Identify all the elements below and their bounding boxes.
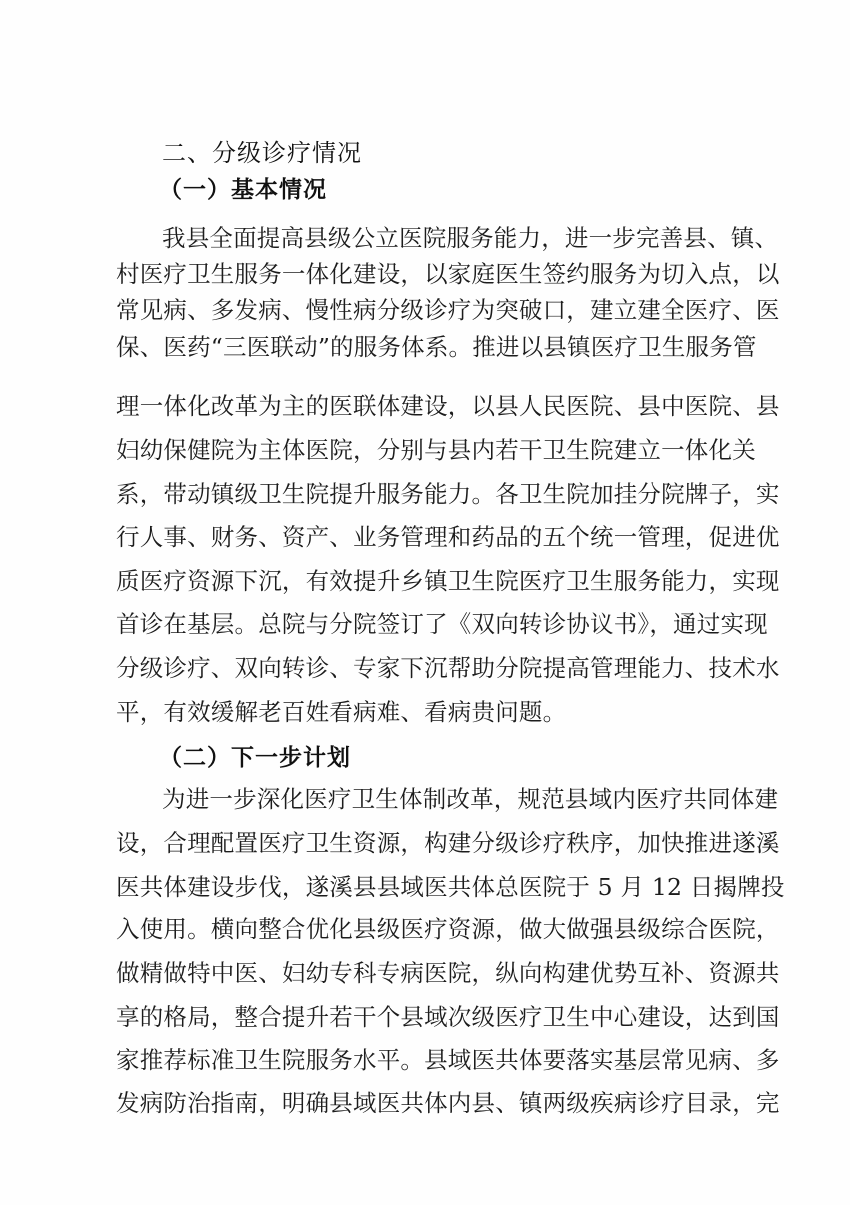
paragraph-line: 行人事、财务、资产、业务管理和药品的五个统一管理，促进优 xyxy=(116,519,736,555)
paragraph-line: 质医疗资源下沉，有效提升乡镇卫生院医疗卫生服务能力，实现 xyxy=(116,563,736,599)
paragraph-line: 平，有效缓解老百姓看病难、看病贵问题。 xyxy=(116,694,736,730)
paragraph-line: 我县全面提高县级公立医院服务能力，进一步完善县、镇、 xyxy=(162,220,736,256)
paragraph-line: 为进一步深化医疗卫生体制改革，规范县域内医疗共同体建 xyxy=(162,781,736,817)
section-heading: 二、分级诊疗情况 xyxy=(162,135,362,171)
paragraph-line: 做精做特中医、妇幼专科专病医院，纵向构建优势互补、资源共 xyxy=(116,955,736,991)
paragraph-line: 系，带动镇级卫生院提升服务能力。各卫生院加挂分院牌子，实 xyxy=(116,476,736,512)
paragraph-line: 常见病、多发病、慢性病分级诊疗为突破口，建立建全医疗、医 xyxy=(116,292,736,328)
paragraph-line: 入使用。横向整合优化县级医疗资源，做大做强县级综合医院， xyxy=(116,911,736,947)
paragraph-line: 医共体建设步伐，遂溪县县域医共体总医院于 5 月 12 日揭牌投 xyxy=(116,869,736,905)
paragraph-line: 保、医药“三医联动”的服务体系。推进以县镇医疗卫生服务管 xyxy=(116,329,736,365)
paragraph-line: 首诊在基层。总院与分院签订了《双向转诊协议书》，通过实现 xyxy=(116,606,736,642)
paragraph-line: 发病防治指南，明确县域医共体内县、镇两级疾病诊疗目录，完 xyxy=(116,1085,736,1121)
paragraph-line: 村医疗卫生服务一体化建设，以家庭医生签约服务为切入点，以 xyxy=(116,256,736,292)
document-page: 二、分级诊疗情况 （一）基本情况 我县全面提高县级公立医院服务能力，进一步完善县… xyxy=(0,0,850,1205)
subsection-heading-basic-situation: （一）基本情况 xyxy=(159,172,327,208)
paragraph-line: 家推荐标准卫生院服务水平。县域医共体要落实基层常见病、多 xyxy=(116,1042,736,1078)
paragraph-line: 理一体化改革为主的医联体建设，以县人民医院、县中医院、县 xyxy=(116,388,736,424)
paragraph-line: 妇幼保健院为主体医院，分别与县内若干卫生院建立一体化关 xyxy=(116,432,736,468)
paragraph-line: 享的格局，整合提升若干个县域次级医疗卫生中心建设，达到国 xyxy=(116,999,736,1035)
subsection-heading-next-steps: （二）下一步计划 xyxy=(159,740,351,776)
paragraph-line: 分级诊疗、双向转诊、专家下沉帮助分院提高管理能力、技术水 xyxy=(116,650,736,686)
paragraph-line: 设，合理配置医疗卫生资源，构建分级诊疗秩序，加快推进遂溪 xyxy=(116,825,736,861)
